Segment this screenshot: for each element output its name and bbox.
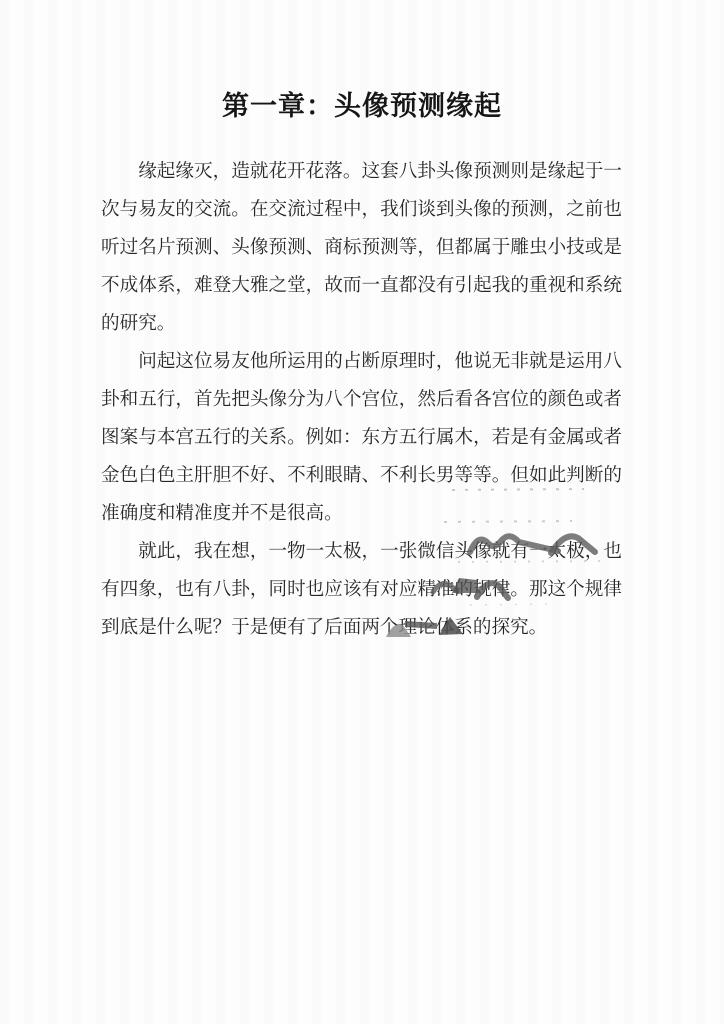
paragraph: 缘起缘灭，造就花开花落。这套八卦头像预测则是缘起于一次与易友的交流。在交流过程中… <box>101 153 622 343</box>
document-page: 第一章：头像预测缘起 缘起缘灭，造就花开花落。这套八卦头像预测则是缘起于一次与易… <box>0 0 724 1024</box>
chapter-title: 第一章：头像预测缘起 <box>0 0 724 126</box>
paragraph: 问起这位易友他所运用的占断原理时，他说无非就是运用八卦和五行，首先把头像分为八个… <box>101 343 622 533</box>
paragraph: 就此，我在想，一物一太极，一张微信头像就有一太极，也有四象，也有八卦，同时也应该… <box>101 533 622 647</box>
document-body: 缘起缘灭，造就花开花落。这套八卦头像预测则是缘起于一次与易友的交流。在交流过程中… <box>101 153 622 647</box>
